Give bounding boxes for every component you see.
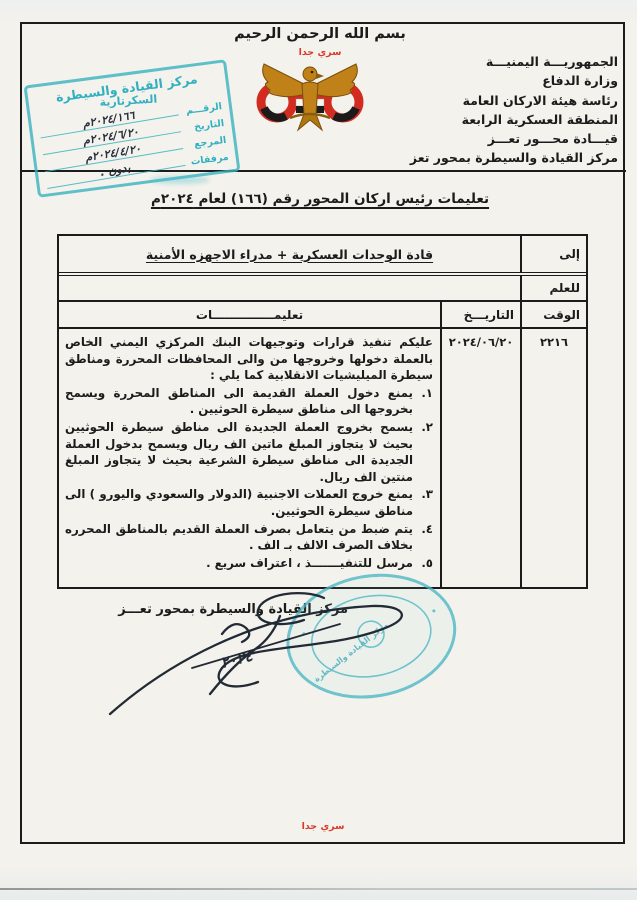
table-row-to: إلى قادة الوحدات العسكرية + مدراء الاجهز… <box>59 236 586 272</box>
instruction-item-4: ٤. يتم ضبط من يتعامل بصرف العملة القديم … <box>65 521 433 554</box>
org-line: المنطقة العسكرية الرابعة <box>378 110 618 129</box>
instruction-item-2: ٢. يسمح بخروج العملة الجديدة الى مناطق س… <box>65 419 433 485</box>
org-line: الجمهوريـــة اليمنيـــة <box>378 52 618 71</box>
date-value: ٢٠٢٤/٠٦/٢٠ <box>442 329 522 587</box>
org-line: وزارة الدفاع <box>378 71 618 90</box>
document-title: تعليمات رئيس اركان المحور رقم (١٦٦) لعام… <box>130 191 510 207</box>
classification-bottom: سري جدا <box>20 821 626 832</box>
instructions-content: عليكم تنفيذ قرارات وتوجيهات البنك المركز… <box>59 329 442 587</box>
table-body-row: ٢٢١٦ ٢٠٢٤/٠٦/٢٠ عليكم تنفيذ قرارات وتوجي… <box>59 327 586 587</box>
to-value: قادة الوحدات العسكرية + مدراء الاجهزه ال… <box>59 236 522 272</box>
info-value <box>59 276 522 300</box>
header-org-block: الجمهوريـــة اليمنيـــة وزارة الدفاع رئا… <box>378 52 618 168</box>
instruction-item-1: ١. يمنع دخول العملة القديمة الى المناطق … <box>65 385 433 418</box>
org-line: رئاسة هيئة الاركان العامة <box>378 91 618 110</box>
table-row-info: للعلم <box>59 272 586 300</box>
bismillah-text: بسم الله الرحمن الرحيم <box>185 26 455 42</box>
document-page: بسم الله الرحمن الرحيم سري جدا <box>0 0 637 900</box>
scan-smudge <box>150 176 210 184</box>
to-label: إلى <box>522 236 586 272</box>
info-label: للعلم <box>522 276 586 300</box>
yemen-emblem-icon <box>250 56 370 140</box>
time-value: ٢٢١٦ <box>522 329 586 587</box>
org-line: قيـــادة محـــور تعـــز <box>378 129 618 148</box>
date-header: التاريـــخ <box>442 302 522 327</box>
instructions-header: تعليمـــــــــــــــات <box>59 302 442 327</box>
org-line: مركز القيادة والسيطرة بمحور تعز <box>378 148 618 167</box>
scan-edge-line <box>0 888 637 890</box>
instruction-item-3: ٣. يمنع خروج العملات الاجنبية (الدولار و… <box>65 486 433 519</box>
instructions-table: إلى قادة الوحدات العسكرية + مدراء الاجهز… <box>57 234 588 589</box>
table-header-row: الوقت التاريـــخ تعليمـــــــــــــــات <box>59 300 586 327</box>
time-header: الوقت <box>522 302 586 327</box>
instructions-intro: عليكم تنفيذ قرارات وتوجيهات البنك المركز… <box>65 334 433 384</box>
